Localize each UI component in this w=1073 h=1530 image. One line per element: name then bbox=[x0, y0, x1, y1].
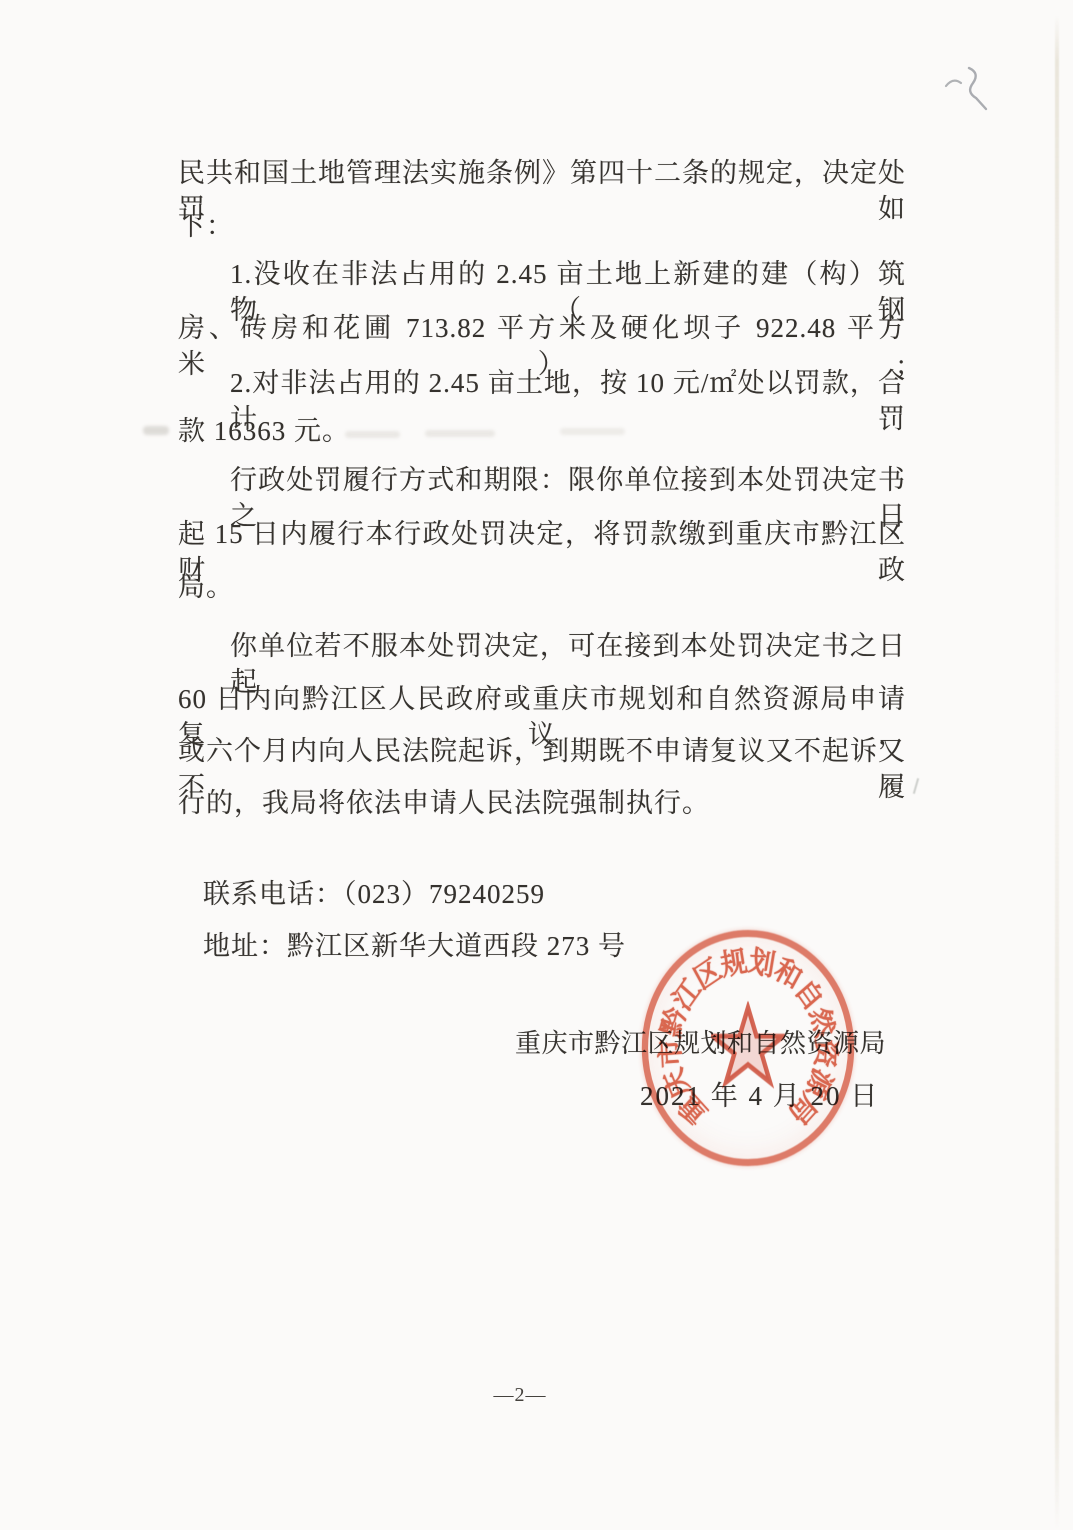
document-page: 民共和国土地管理法实施条例》第四十二条的规定，决定处罚如 下： 1.没收在非法占… bbox=[0, 0, 1073, 1530]
page-number: —2— bbox=[460, 1384, 580, 1407]
scan-edge-line bbox=[1055, 0, 1059, 1530]
body-text-line: 款 16363 元。 bbox=[178, 413, 906, 449]
seal-arc-text: 重庆市黔江区规划和自然资源局 bbox=[642, 930, 854, 1166]
official-seal: 重庆市黔江区规划和自然资源局 bbox=[642, 930, 854, 1166]
stray-ink-mark bbox=[913, 778, 919, 794]
seal-arc-char: 规 bbox=[718, 939, 750, 985]
body-text-line: 行的，我局将依法申请人民法院强制执行。 bbox=[178, 785, 906, 821]
scan-smudge bbox=[345, 431, 400, 438]
seal-arc-char: 市 bbox=[650, 1038, 688, 1069]
contact-address-line: 地址：黔江区新华大道西段 273 号 bbox=[203, 924, 626, 963]
body-text-line: 局。 bbox=[178, 569, 906, 605]
scan-smudge bbox=[560, 428, 625, 435]
body-text-line: 下： bbox=[178, 208, 906, 244]
pencil-mark bbox=[938, 58, 1008, 128]
scan-smudge bbox=[143, 426, 169, 435]
contact-phone-line: 联系电话：（023）79240259 bbox=[203, 872, 545, 911]
scan-smudge bbox=[425, 430, 495, 437]
